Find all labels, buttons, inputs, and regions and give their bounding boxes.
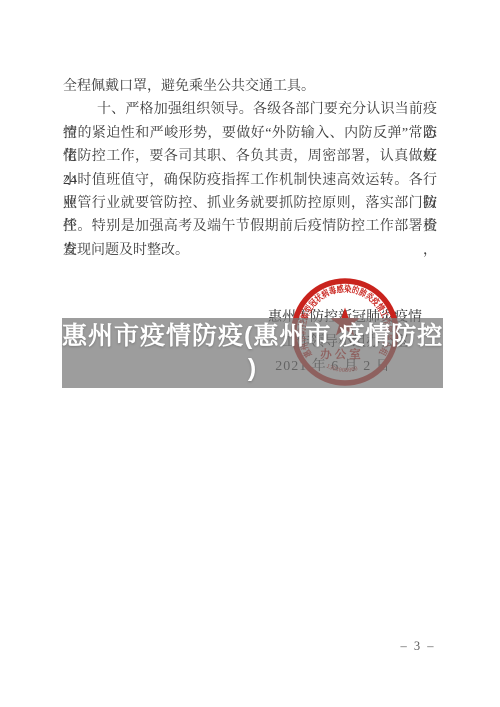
body-line: 十、严格加强组织领导。各级各部门要充分认识当前疫情防 xyxy=(63,98,437,121)
watermark-title-line1: 惠州市疫情防疫(惠州市 疫情防控 xyxy=(62,320,443,352)
body-line: 照管行业就要管防控、抓业务就要抓防控原则，落实部门防控责 xyxy=(63,192,437,215)
body-line: 控的紧迫性和严峻形势，要做好“外防输入、内防反弹”常态化疫 xyxy=(63,122,437,145)
body-line: 情防控工作，要各司其职、各负其责，周密部署，认真做好 24 xyxy=(63,145,437,168)
watermark-title: 惠州市疫情防疫(惠州市 疫情防控 ) xyxy=(62,320,443,384)
document-body: 全程佩戴口罩，避免乘坐公共交通工具。 十、严格加强组织领导。各级各部门要充分认识… xyxy=(63,75,437,262)
watermark-title-line2: ) xyxy=(62,352,443,384)
body-line: 全程佩戴口罩，避免乘坐公共交通工具。 xyxy=(63,75,437,98)
document-page: 全程佩戴口罩，避免乘坐公共交通工具。 十、严格加强组织领导。各级各部门要充分认识… xyxy=(0,0,500,707)
body-line: 任。特别是加强高考及端午节假期前后疫情防控工作部署检查， xyxy=(63,215,437,238)
page-number: – 3 – xyxy=(388,639,448,654)
body-line: 小时值班值守，确保防疫指挥工作机制快速高效运转。各行业按 xyxy=(63,169,437,192)
